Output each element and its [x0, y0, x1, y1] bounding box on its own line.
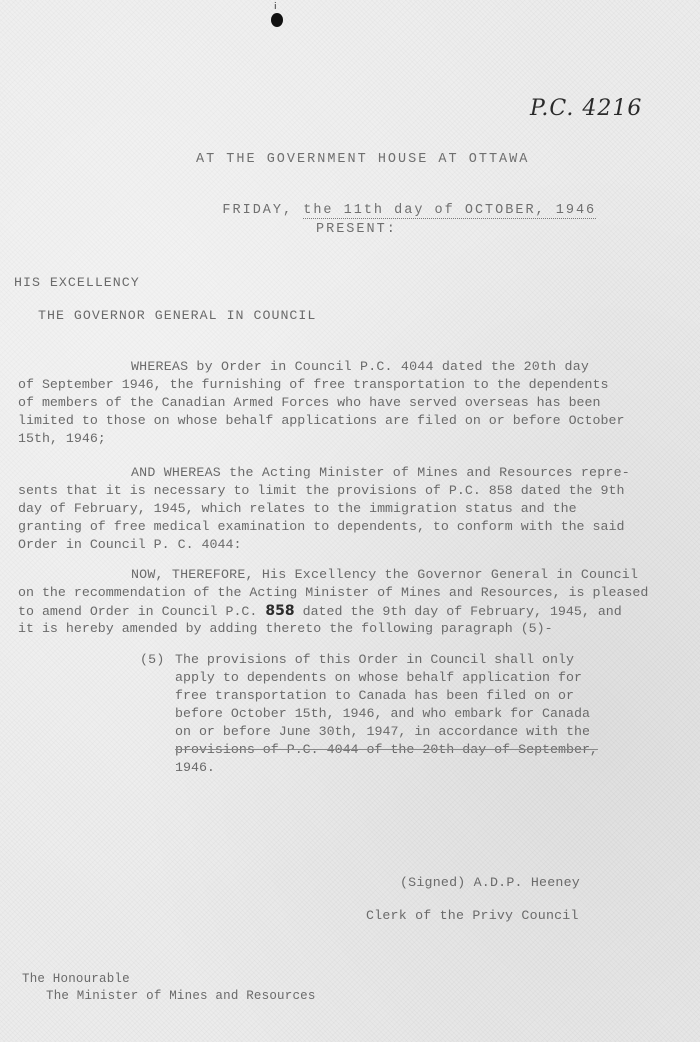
clause-line3: free transportation to Canada has been f…	[175, 688, 574, 703]
para3-line3-suffix: dated the 9th day of February, 1945, and	[295, 604, 622, 619]
para1-line3: of members of the Canadian Armed Forces …	[18, 395, 601, 410]
para2-line3: day of February, 1945, which relates to …	[18, 501, 577, 516]
clause-line2: apply to dependents on whose behalf appl…	[175, 670, 582, 685]
para3-line3: to amend Order in Council P.C. 858 dated…	[18, 603, 622, 619]
para1-line1: WHEREAS by Order in Council P.C. 4044 da…	[131, 359, 589, 374]
clause-line5: on or before June 30th, 1947, in accorda…	[175, 724, 590, 739]
clause-line6: provisions of P.C. 4044 of the 20th day …	[175, 742, 598, 757]
para1-line4: limited to those on whose behalf applica…	[18, 413, 624, 428]
para2-line1: AND WHEREAS the Acting Minister of Mines…	[131, 465, 630, 480]
para3-line2: on the recommendation of the Acting Mini…	[18, 585, 648, 600]
heading-day: FRIDAY,	[222, 203, 303, 218]
clause-line7: 1946.	[175, 760, 215, 775]
para2-line5: Order in Council P. C. 4044:	[18, 537, 241, 552]
para3-line4: it is hereby amended by adding thereto t…	[18, 621, 553, 636]
document-page: i P.C. 4216 AT THE GOVERNMENT HOUSE AT O…	[0, 0, 700, 1042]
handwritten-order-number: 858	[265, 603, 294, 619]
present-his-excellency: HIS EXCELLENCY	[14, 275, 140, 290]
present-governor-general: THE GOVERNOR GENERAL IN COUNCIL	[38, 308, 316, 323]
addressee-line1: The Honourable	[22, 972, 130, 986]
punch-hole-icon	[271, 13, 283, 27]
signature-signed: (Signed) A.D.P. Heeney	[400, 875, 580, 890]
para1-line2: of September 1946, the furnishing of fre…	[18, 377, 608, 392]
order-number-handwritten: P.C. 4216	[530, 96, 642, 121]
addressee-line2: The Minister of Mines and Resources	[46, 989, 316, 1003]
clause-line1: The provisions of this Order in Council …	[175, 652, 574, 667]
clause-label: (5)	[140, 652, 165, 667]
heading-date-underlined: the 11th day of OCTOBER, 1946	[303, 203, 596, 219]
heading-present: PRESENT:	[316, 222, 397, 237]
para2-line4: granting of free medical examination to …	[18, 519, 624, 534]
para2-line2: sents that it is necessary to limit the …	[18, 483, 624, 498]
para3-line1: NOW, THEREFORE, His Excellency the Gover…	[131, 567, 638, 582]
heading-location: AT THE GOVERNMENT HOUSE AT OTTAWA	[196, 152, 529, 167]
clause-line4: before October 15th, 1946, and who embar…	[175, 706, 590, 721]
para3-line3-prefix: to amend Order in Council P.C.	[18, 604, 265, 619]
signature-title: Clerk of the Privy Council	[366, 908, 579, 923]
para1-line5: 15th, 1946;	[18, 431, 106, 446]
punch-mark-text: i	[274, 2, 277, 12]
